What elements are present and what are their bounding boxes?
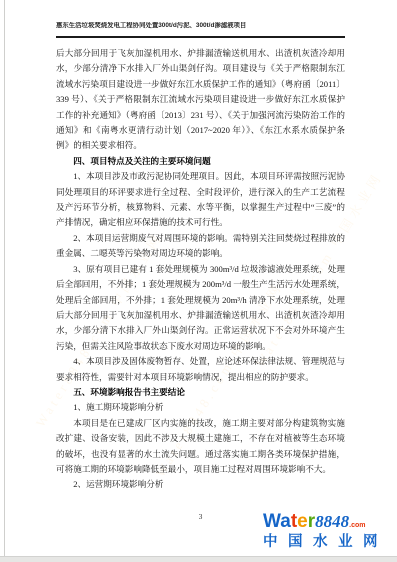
paragraph-continuation: 后大部分回用于飞灰加湿机用水、炉排漏渣输送机用水、出渣机灰渣冷却用水，少部分清净… (56, 46, 345, 154)
logo-letter-e: e (297, 511, 308, 532)
document-body: 后大部分回用于飞灰加湿机用水、炉排漏渣输送机用水、出渣机灰渣冷却用水，少部分清净… (56, 46, 345, 493)
paragraph-item-4: 4、本项目涉及固体废物暂存、处置，应论述环保法律法规、管理规范与要求相符性，需要… (56, 354, 345, 385)
subsection-operation-period: 2、运营期环境影响分析 (56, 477, 345, 492)
logo-letter-r: r (308, 511, 315, 532)
paragraph-item-3: 3、原有项目已建有 1 套处理规模为 300m³/d 垃圾渗滤液处理系统，处理后… (56, 262, 345, 354)
paragraph-item-1: 1、本项目涉及市政污泥协同处理项目。因此，本项目环评需按照污泥协同处理项目的环评… (56, 169, 345, 231)
logo-letter-a: a (280, 511, 291, 532)
running-header: 惠东生活垃圾焚烧发电工程协同处置300t/d污泥、300t/d渗滤液项目 (56, 22, 345, 38)
water8848-wordmark: Water8848.com (263, 512, 393, 531)
water8848-logo: Water8848.com 中国水业网 (263, 512, 393, 550)
paragraph-item-2: 2、本项目运营期废气对周围环境的影响。需特别关注回焚烧过程排放的重金属、二噁英等… (56, 231, 345, 262)
paragraph-construction-analysis: 本项目是在已建成厂区内实施的技改，施工期主要对部分构建筑物实施改扩建、设备安装，… (56, 416, 345, 478)
subsection-construction-period: 1、施工期环境影响分析 (56, 400, 345, 415)
logo-number: 8848 (315, 512, 349, 531)
document-page: Water8848.com 中国水业网 Water8848.com 中国水业网 … (0, 0, 397, 562)
logo-chinese-name: 中国水业网 (263, 535, 393, 550)
document-content-area: 惠东生活垃圾焚烧发电工程协同处置300t/d污泥、300t/d渗滤液项目 后大部… (0, 0, 397, 493)
running-header-title: 惠东生活垃圾焚烧发电工程协同处置300t/d污泥、300t/d渗滤液项目 (56, 22, 246, 29)
page-bottom-edge (0, 556, 397, 562)
section-heading-4: 四、项目特点及关注的主要环境问题 (56, 154, 345, 169)
logo-com-suffix: .com (349, 522, 365, 529)
section-heading-5: 五、环境影响报告书主要结论 (56, 385, 345, 400)
logo-letter-w: W (263, 511, 280, 532)
